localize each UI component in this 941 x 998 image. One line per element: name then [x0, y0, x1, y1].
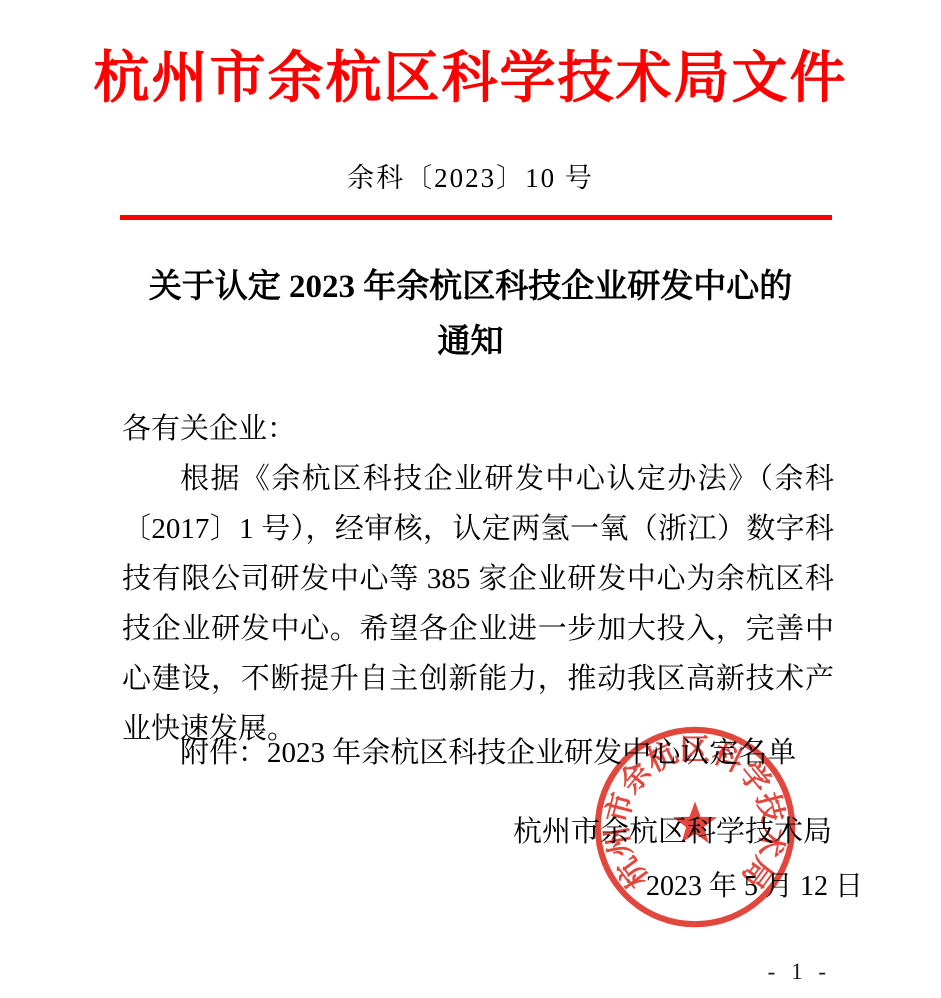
salutation: 各有关企业：: [122, 404, 834, 454]
body-paragraph: 根据《余杭区科技企业研发中心认定办法》（余科〔2017〕1 号），经审核，认定两…: [122, 454, 834, 754]
signature-org-name: 杭州市余杭区科学技术局: [513, 809, 832, 850]
page-number: - 1 -: [768, 959, 831, 985]
document-page: 杭州市余杭区科学技术局文件 余科〔2023〕10 号 关于认定 2023 年余杭…: [0, 0, 941, 998]
document-number: 余科〔2023〕10 号: [0, 156, 941, 195]
document-body: 各有关企业： 根据《余杭区科技企业研发中心认定办法》（余科〔2017〕1 号），…: [122, 404, 834, 754]
document-title-line-2: 通知: [0, 315, 941, 370]
signature-date: 2023 年 5 月 12 日: [646, 864, 863, 904]
document-title: 关于认定 2023 年余杭区科技企业研发中心的 通知: [0, 260, 941, 370]
attachment-line: 附件：2023 年余杭区科技企业研发中心认定名单: [122, 730, 862, 771]
document-title-line-1: 关于认定 2023 年余杭区科技企业研发中心的: [0, 260, 941, 315]
red-header-org-title: 杭州市余杭区科学技术局文件: [0, 34, 941, 114]
red-divider-line: [120, 215, 832, 220]
